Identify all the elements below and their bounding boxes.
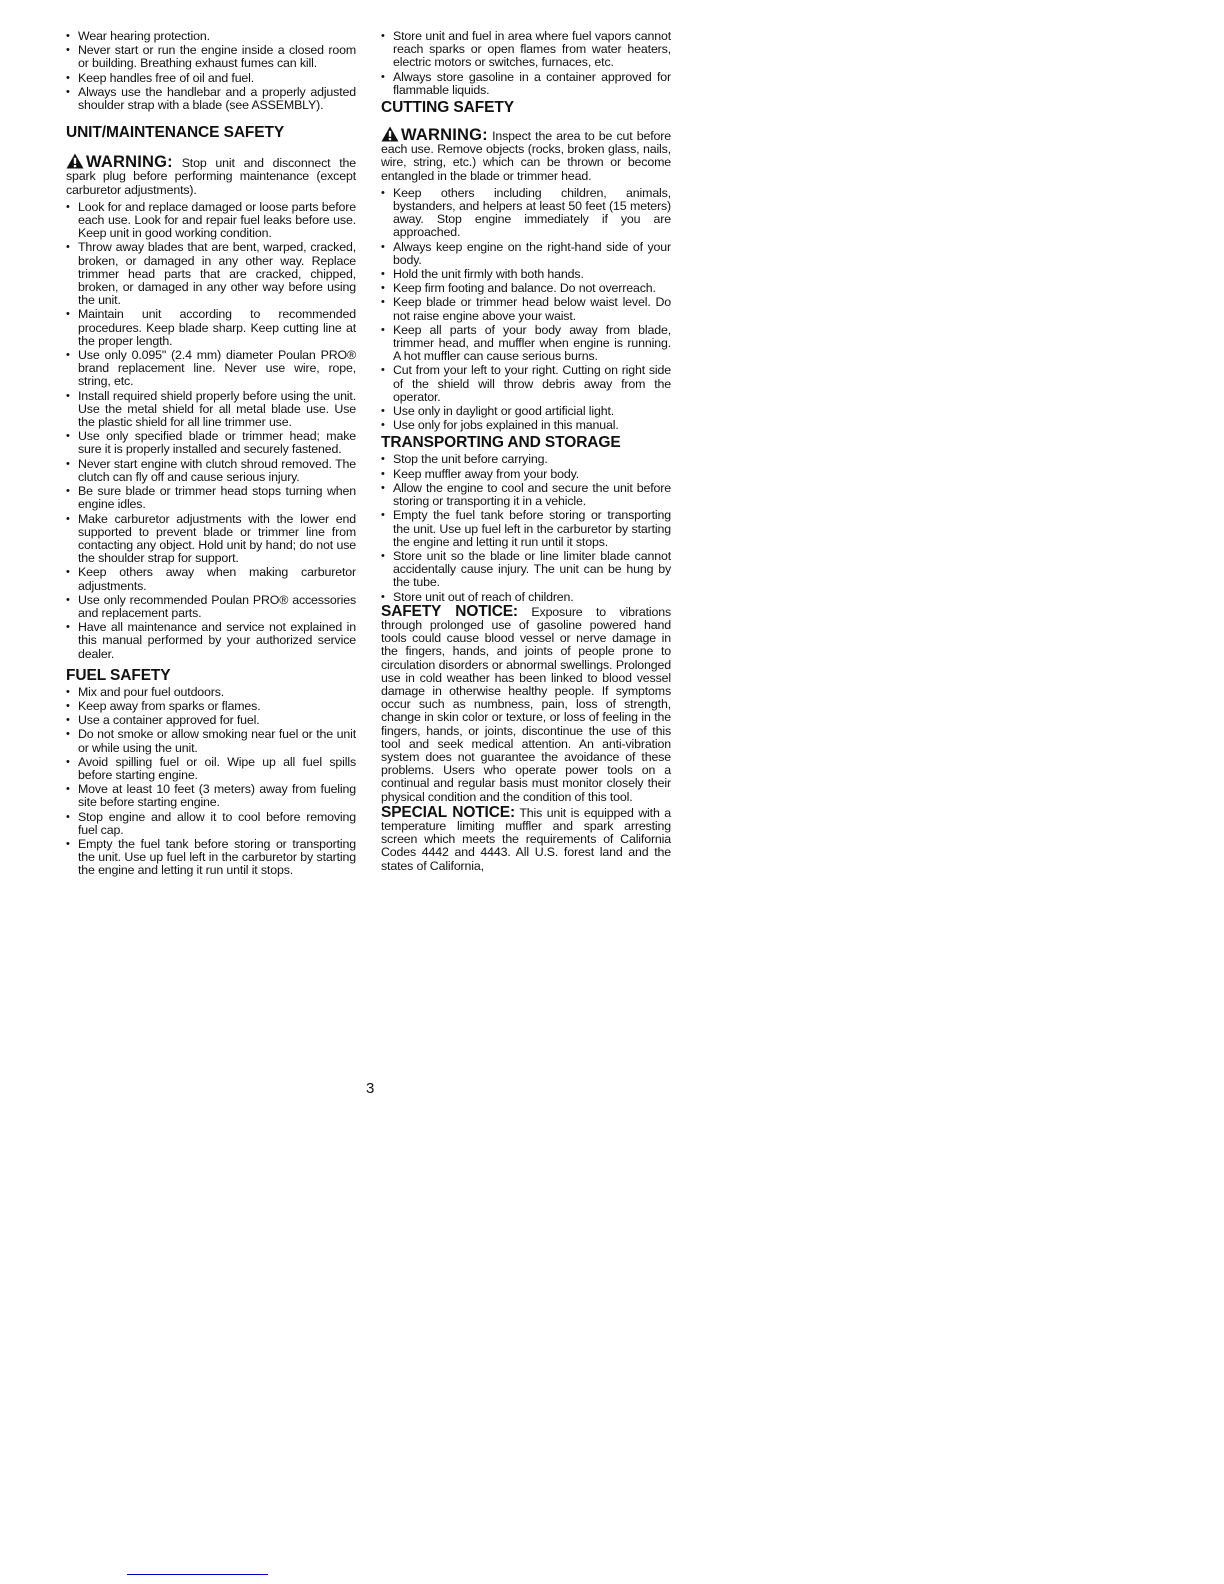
- list-item: Store unit so the blade or line limiter …: [381, 550, 671, 590]
- fuel-storage-bullet-list: Store unit and fuel in area where fuel v…: [381, 30, 671, 97]
- list-item: Install required shield properly before …: [66, 390, 356, 430]
- page-number: 3: [366, 1080, 374, 1097]
- list-item: Keep others away when making carburetor …: [66, 566, 356, 592]
- unit-maintenance-bullet-list: Look for and replace damaged or loose pa…: [66, 201, 356, 661]
- list-item: Use a container approved for fuel.: [66, 714, 356, 727]
- list-item: Always store gasoline in a container app…: [381, 71, 671, 97]
- cutting-safety-bullet-list: Keep others including children, animals,…: [381, 187, 671, 433]
- list-item: Keep muffler away from your body.: [381, 468, 671, 481]
- unit-maintenance-heading: UNIT/MAINTENANCE SAFETY: [66, 124, 356, 141]
- list-item: Hold the unit firmly with both hands.: [381, 268, 671, 281]
- list-item: Always keep engine on the right-hand sid…: [381, 241, 671, 267]
- list-item: Be sure blade or trimmer head stops turn…: [66, 485, 356, 511]
- list-item: Stop engine and allow it to cool before …: [66, 811, 356, 837]
- list-item: Allow the engine to cool and secure the …: [381, 482, 671, 508]
- list-item: Use only in daylight or good artificial …: [381, 405, 671, 418]
- list-item: Mix and pour fuel outdoors.: [66, 686, 356, 699]
- list-item: Store unit and fuel in area where fuel v…: [381, 30, 671, 70]
- list-item: Use only 0.095" (2.4 mm) diameter Poulan…: [66, 349, 356, 389]
- list-item: Never start or run the engine inside a c…: [66, 44, 356, 70]
- list-item: Empty the fuel tank before storing or tr…: [381, 509, 671, 549]
- list-item: Maintain unit according to recommended p…: [66, 308, 356, 348]
- list-item: Move at least 10 feet (3 meters) away fr…: [66, 783, 356, 809]
- left-column: Wear hearing protection. Never start or …: [66, 30, 356, 879]
- list-item: Never start engine with clutch shroud re…: [66, 458, 356, 484]
- list-item: Stop the unit before carrying.: [381, 453, 671, 466]
- list-item: Keep blade or trimmer head below waist l…: [381, 296, 671, 322]
- list-item: Throw away blades that are bent, warped,…: [66, 241, 356, 307]
- list-item: Use only recommended Poulan PRO® accesso…: [66, 594, 356, 620]
- cutting-safety-warning: WARNING: Inspect the area to be cut befo…: [381, 126, 671, 183]
- safety-notice: SAFETY NOTICE: Exposure to vibrations th…: [381, 605, 671, 804]
- list-item: Wear hearing protection.: [66, 30, 356, 43]
- cutting-safety-heading: CUTTING SAFETY: [381, 99, 671, 116]
- list-item: Use only specified blade or trimmer head…: [66, 430, 356, 456]
- list-item: Empty the fuel tank before storing or tr…: [66, 838, 356, 878]
- list-item: Keep handles free of oil and fuel.: [66, 72, 356, 85]
- unit-maintenance-warning: WARNING: Stop unit and disconnect the sp…: [66, 153, 356, 197]
- warning-triangle-icon: [381, 126, 399, 142]
- list-item: Always use the handlebar and a properly …: [66, 86, 356, 112]
- list-item: Have all maintenance and service not exp…: [66, 621, 356, 661]
- list-item: Keep away from sparks or flames.: [66, 700, 356, 713]
- transporting-storage-bullet-list: Stop the unit before carrying. Keep muff…: [381, 453, 671, 603]
- list-item: Use only for jobs explained in this manu…: [381, 419, 671, 432]
- list-item: Keep firm footing and balance. Do not ov…: [381, 282, 671, 295]
- fuel-safety-bullet-list: Mix and pour fuel outdoors. Keep away fr…: [66, 686, 356, 878]
- list-item: Store unit out of reach of children.: [381, 591, 671, 604]
- list-item: Make carburetor adjustments with the low…: [66, 513, 356, 566]
- intro-bullet-list: Wear hearing protection. Never start or …: [66, 30, 356, 112]
- safety-notice-text: Exposure to vibrations through prolonged…: [381, 605, 671, 804]
- fuel-safety-heading: FUEL SAFETY: [66, 667, 356, 684]
- transporting-storage-heading: TRANSPORTING AND STORAGE: [381, 434, 671, 451]
- warning-triangle-icon: [66, 153, 84, 169]
- list-item: Keep all parts of your body away from bl…: [381, 324, 671, 364]
- right-column: Store unit and fuel in area where fuel v…: [381, 30, 671, 875]
- list-item: Do not smoke or allow smoking near fuel …: [66, 728, 356, 754]
- special-notice: SPECIAL NOTICE: This unit is equipped wi…: [381, 806, 671, 873]
- list-item: Avoid spilling fuel or oil. Wipe up all …: [66, 756, 356, 782]
- list-item: Keep others including children, animals,…: [381, 187, 671, 240]
- list-item: Look for and replace damaged or loose pa…: [66, 201, 356, 241]
- list-item: Cut from your left to your right. Cuttin…: [381, 364, 671, 404]
- footer-rule: [127, 1574, 268, 1575]
